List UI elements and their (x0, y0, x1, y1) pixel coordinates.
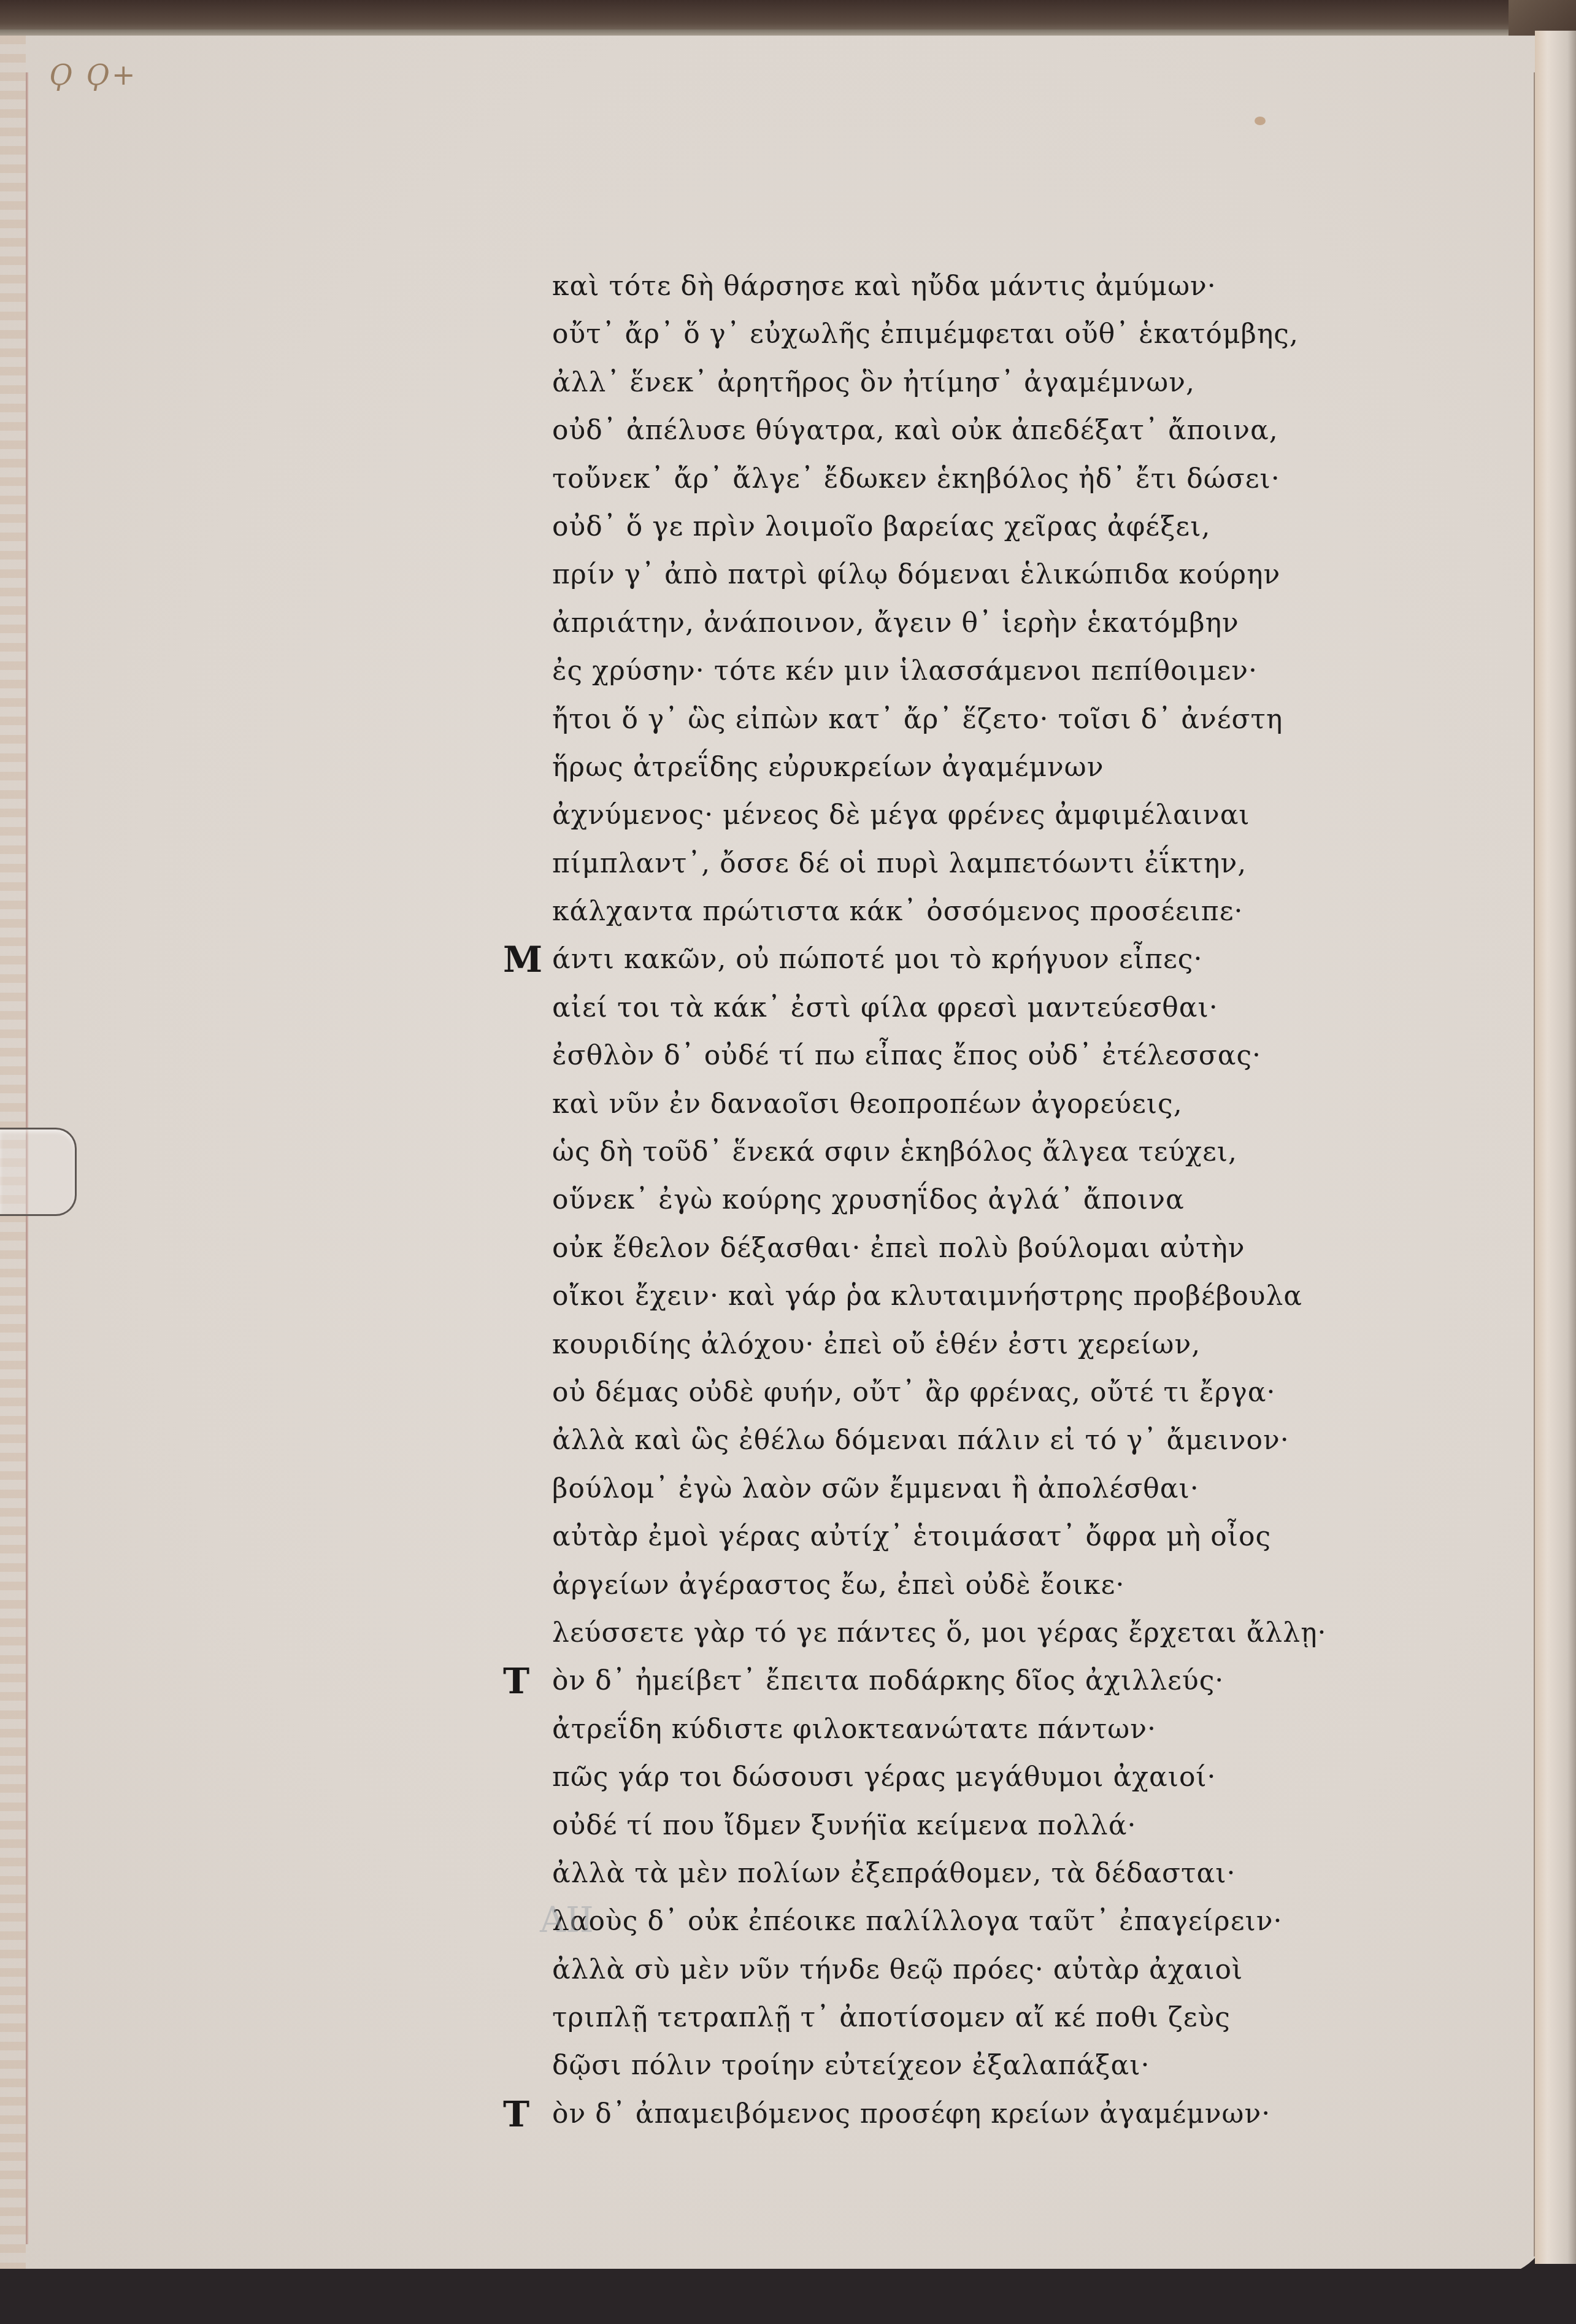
initial-letter: Τ (503, 2090, 530, 2138)
text-line: ὡς δὴ τοῦδ᾽ ἕνεκά σφιν ἑκηβόλος ἄλγεα τε… (552, 1128, 1276, 1176)
text-line: οἴκοι ἔχειν· καὶ γάρ ῥα κλυταιμνήστρης π… (552, 1272, 1276, 1320)
page-edge-right (1535, 31, 1576, 2264)
line-text: αἰεί τοι τὰ κάκ᾽ ἐστὶ φίλα φρεσὶ μαντεύε… (552, 992, 1218, 1023)
initial-letter: Μ (503, 936, 543, 983)
line-text: πῶς γάρ τοι δώσουσι γέρας μεγάθυμοι ἀχαι… (552, 1761, 1217, 1793)
book-binding-top (0, 0, 1576, 38)
text-line: ἀπριάτην, ἀνάποινον, ἄγειν θ᾽ ἱερὴν ἑκατ… (552, 599, 1276, 647)
text-line: δῷσι πόλιν τροίην εὐτείχεον ἐξαλαπάξαι· (552, 2042, 1276, 2090)
text-line: οὐδ᾽ ἀπέλυσε θύγατρα, καὶ οὐκ ἀπεδέξατ᾽ … (552, 407, 1276, 455)
text-line: βούλομ᾽ ἐγὼ λαὸν σῶν ἔμμεναι ἢ ἀπολέσθαι… (552, 1465, 1276, 1513)
text-line: Τὸν δ᾽ ἠμείβετ᾽ ἔπειτα ποδάρκης δῖος ἀχι… (552, 1657, 1276, 1705)
text-line: οὕνεκ᾽ ἐγὼ κούρης χρυσηΐδος ἀγλά᾽ ἄποινα (552, 1176, 1276, 1224)
line-text: οὕνεκ᾽ ἐγὼ κούρης χρυσηΐδος ἀγλά᾽ ἄποινα (552, 1184, 1185, 1215)
text-line: κάλχαντα πρώτιστα κάκ᾽ ὀσσόμενος προσέει… (552, 888, 1276, 936)
page-holder-clip (0, 1128, 77, 1216)
line-text: κάλχαντα πρώτιστα κάκ᾽ ὀσσόμενος προσέει… (552, 896, 1243, 927)
line-text: ἐς χρύσην· τότε κέν μιν ἱλασσάμενοι πεπί… (552, 655, 1258, 687)
line-text: ὡς δὴ τοῦδ᾽ ἕνεκά σφιν ἑκηβόλος ἄλγεα τε… (552, 1136, 1237, 1168)
line-text: οὐδ᾽ ὅ γε πρὶν λοιμοῖο βαρείας χεῖρας ἀφ… (552, 511, 1210, 542)
text-line: ἐς χρύσην· τότε κέν μιν ἱλασσάμενοι πεπί… (552, 647, 1276, 695)
line-text: ἀτρεΐδη κύδιστε φιλοκτεανώτατε πάντων· (552, 1714, 1156, 1745)
text-line: καὶ τότε δὴ θάρσησε καὶ ηὔδα μάντις ἀμύμ… (552, 263, 1276, 310)
text-line: πῶς γάρ τοι δώσουσι γέρας μεγάθυμοι ἀχαι… (552, 1753, 1276, 1801)
line-text: καὶ τότε δὴ θάρσησε καὶ ηὔδα μάντις ἀμύμ… (552, 271, 1217, 302)
line-text: οὐδ᾽ ἀπέλυσε θύγατρα, καὶ οὐκ ἀπεδέξατ᾽ … (552, 415, 1278, 446)
line-text: ἤτοι ὅ γ᾽ ὣς εἰπὼν κατ᾽ ἄρ᾽ ἕζετο· τοῖσι… (552, 704, 1283, 735)
text-line: ἀργείων ἀγέραστος ἔω, ἐπεὶ οὐδὲ ἔοικε· (552, 1561, 1276, 1609)
line-text: ὸν δ᾽ ἀπαμειβόμενος προσέφη κρείων ἀγαμέ… (552, 2098, 1270, 2130)
text-line: ἐσθλὸν δ᾽ οὐδέ τί πω εἶπας ἔπος οὐδ᾽ ἐτέ… (552, 1032, 1276, 1080)
line-text: αὐτὰρ ἐμοὶ γέρας αὐτίχ᾽ ἑτοιμάσατ᾽ ὄφρα … (552, 1521, 1271, 1552)
folio-mark: Ϙ Ϙ+ (49, 58, 138, 91)
text-line: κουριδίης ἀλόχου· ἐπεὶ οὔ ἑθέν ἐστι χερε… (552, 1321, 1276, 1369)
line-text: οὐ δέμας οὐδὲ φυήν, οὔτ᾽ ἂρ φρένας, οὔτέ… (552, 1377, 1276, 1408)
line-text: δῷσι πόλιν τροίην εὐτείχεον ἐξαλαπάξαι· (552, 2050, 1150, 2081)
text-line: αἰεί τοι τὰ κάκ᾽ ἐστὶ φίλα φρεσὶ μαντεύε… (552, 984, 1276, 1032)
line-text: βούλομ᾽ ἐγὼ λαὸν σῶν ἔμμεναι ἢ ἀπολέσθαι… (552, 1473, 1199, 1504)
line-text: λεύσσετε γὰρ τό γε πάντες ὅ, μοι γέρας ἔ… (552, 1617, 1326, 1649)
line-text: ἀλλὰ καὶ ὣς ἐθέλω δόμεναι πάλιν εἰ τό γ᾽… (552, 1425, 1290, 1456)
line-text: πίμπλαντ᾽, ὄσσε δέ οἱ πυρὶ λαμπετόωντι ἐ… (552, 848, 1247, 879)
text-line: ἤτοι ὅ γ᾽ ὣς εἰπὼν κατ᾽ ἄρ᾽ ἕζετο· τοῖσι… (552, 696, 1276, 744)
line-text: ἀχνύμενος· μένεος δὲ μέγα φρένες ἀμφιμέλ… (552, 799, 1250, 831)
line-text: ἐσθλὸν δ᾽ οὐδέ τί πω εἶπας ἔπος οὐδ᾽ ἐτέ… (552, 1040, 1261, 1071)
line-text: ἀπριάτην, ἀνάποινον, ἄγειν θ᾽ ἱερὴν ἑκατ… (552, 607, 1239, 639)
text-line: ἀλλὰ καὶ ὣς ἐθέλω δόμεναι πάλιν εἰ τό γ᾽… (552, 1417, 1276, 1464)
line-text: ἀλλὰ τὰ μὲν πολίων ἐξεπράθομεν, τὰ δέδασ… (552, 1858, 1236, 1889)
signature-showthrough: AII (540, 1899, 594, 1941)
line-text: ἀλλὰ σὺ μὲν νῦν τήνδε θεῷ πρόες· αὐτὰρ ἀ… (552, 1954, 1243, 1985)
line-text: ἀργείων ἀγέραστος ἔω, ἐπεὶ οὐδὲ ἔοικε· (552, 1569, 1124, 1601)
paper-stain (1255, 117, 1266, 125)
line-text: άντι κακῶν, οὐ πώποτέ μοι τὸ κρήγυον εἶπ… (552, 944, 1202, 975)
initial-letter: Τ (503, 1657, 530, 1705)
text-line: πρίν γ᾽ ἀπὸ πατρὶ φίλῳ δόμεναι ἑλικώπιδα… (552, 551, 1276, 599)
line-text: ὸν δ᾽ ἠμείβετ᾽ ἔπειτα ποδάρκης δῖος ἀχιλ… (552, 1665, 1224, 1696)
line-text: οὐδέ τί που ἴδμεν ξυνήϊα κείμενα πολλά· (552, 1810, 1136, 1841)
line-text: ἥρως ἀτρεΐδης εὐρυκρείων ἀγαμέμνων (552, 752, 1104, 783)
greek-text-block: καὶ τότε δὴ θάρσησε καὶ ηὔδα μάντις ἀμύμ… (552, 263, 1276, 2138)
text-line: πίμπλαντ᾽, ὄσσε δέ οἱ πυρὶ λαμπετόωντι ἐ… (552, 840, 1276, 888)
text-line: λαοὺς δ᾽ οὐκ ἐπέοικε παλίλλογα ταῦτ᾽ ἐπα… (552, 1898, 1276, 1945)
line-text: ἀλλ᾽ ἕνεκ᾽ ἀρητῆρος ὃν ἠτίμησ᾽ ἀγαμέμνων… (552, 367, 1195, 398)
text-line: ἀλλ᾽ ἕνεκ᾽ ἀρητῆρος ὃν ἠτίμησ᾽ ἀγαμέμνων… (552, 359, 1276, 407)
text-line: ἀλλὰ τὰ μὲν πολίων ἐξεπράθομεν, τὰ δέδασ… (552, 1850, 1276, 1898)
line-text: οὐκ ἔθελον δέξασθαι· ἐπεὶ πολὺ βούλομαι … (552, 1233, 1245, 1264)
line-text: τριπλῇ τετραπλῇ τ᾽ ἀποτίσομεν αἴ κέ ποθι… (552, 2002, 1231, 2033)
text-line: ἀτρεΐδη κύδιστε φιλοκτεανώτατε πάντων· (552, 1706, 1276, 1753)
text-line: ἥρως ἀτρεΐδης εὐρυκρείων ἀγαμέμνων (552, 744, 1276, 791)
text-line: καὶ νῦν ἐν δαναοῖσι θεοπροπέων ἀγορεύεις… (552, 1080, 1276, 1128)
line-text: καὶ νῦν ἐν δαναοῖσι θεοπροπέων ἀγορεύεις… (552, 1088, 1183, 1120)
line-text: οἴκοι ἔχειν· καὶ γάρ ῥα κλυταιμνήστρης π… (552, 1280, 1302, 1312)
line-text: οὔτ᾽ ἄρ᾽ ὅ γ᾽ εὐχωλῆς ἐπιμέμφεται οὔθ᾽ ἑ… (552, 318, 1299, 350)
text-line: οὐκ ἔθελον δέξασθαι· ἐπεὶ πολὺ βούλομαι … (552, 1225, 1276, 1272)
line-text: λαοὺς δ᾽ οὐκ ἐπέοικε παλίλλογα ταῦτ᾽ ἐπα… (552, 1906, 1282, 1937)
text-line: λεύσσετε γὰρ τό γε πάντες ὅ, μοι γέρας ἔ… (552, 1609, 1276, 1657)
text-line: ἀλλὰ σὺ μὲν νῦν τήνδε θεῷ πρόες· αὐτὰρ ἀ… (552, 1946, 1276, 1994)
text-line: οὔτ᾽ ἄρ᾽ ὅ γ᾽ εὐχωλῆς ἐπιμέμφεται οὔθ᾽ ἑ… (552, 310, 1276, 358)
line-text: πρίν γ᾽ ἀπὸ πατρὶ φίλῳ δόμεναι ἑλικώπιδα… (552, 559, 1280, 590)
text-line: οὐ δέμας οὐδὲ φυήν, οὔτ᾽ ἂρ φρένας, οὔτέ… (552, 1369, 1276, 1417)
text-line: οὐδ᾽ ὅ γε πρὶν λοιμοῖο βαρείας χεῖρας ἀφ… (552, 503, 1276, 551)
scan-background (0, 2269, 1576, 2324)
text-line: αὐτὰρ ἐμοὶ γέρας αὐτίχ᾽ ἑτοιμάσατ᾽ ὄφρα … (552, 1513, 1276, 1561)
text-line: οὐδέ τί που ἴδμεν ξυνήϊα κείμενα πολλά· (552, 1802, 1276, 1850)
line-text: τοὔνεκ᾽ ἄρ᾽ ἄλγε᾽ ἔδωκεν ἑκηβόλος ἠδ᾽ ἔτ… (552, 463, 1280, 494)
text-line: Μάντι κακῶν, οὐ πώποτέ μοι τὸ κρήγυον εἶ… (552, 936, 1276, 983)
text-line: τοὔνεκ᾽ ἄρ᾽ ἄλγε᾽ ἔδωκεν ἑκηβόλος ἠδ᾽ ἔτ… (552, 455, 1276, 503)
text-line: Τὸν δ᾽ ἀπαμειβόμενος προσέφη κρείων ἀγαμ… (552, 2090, 1276, 2138)
text-line: τριπλῇ τετραπλῇ τ᾽ ἀποτίσομεν αἴ κέ ποθι… (552, 1994, 1276, 2042)
line-text: κουριδίης ἀλόχου· ἐπεὶ οὔ ἑθέν ἐστι χερε… (552, 1329, 1201, 1360)
text-line: ἀχνύμενος· μένεος δὲ μέγα φρένες ἀμφιμέλ… (552, 791, 1276, 839)
